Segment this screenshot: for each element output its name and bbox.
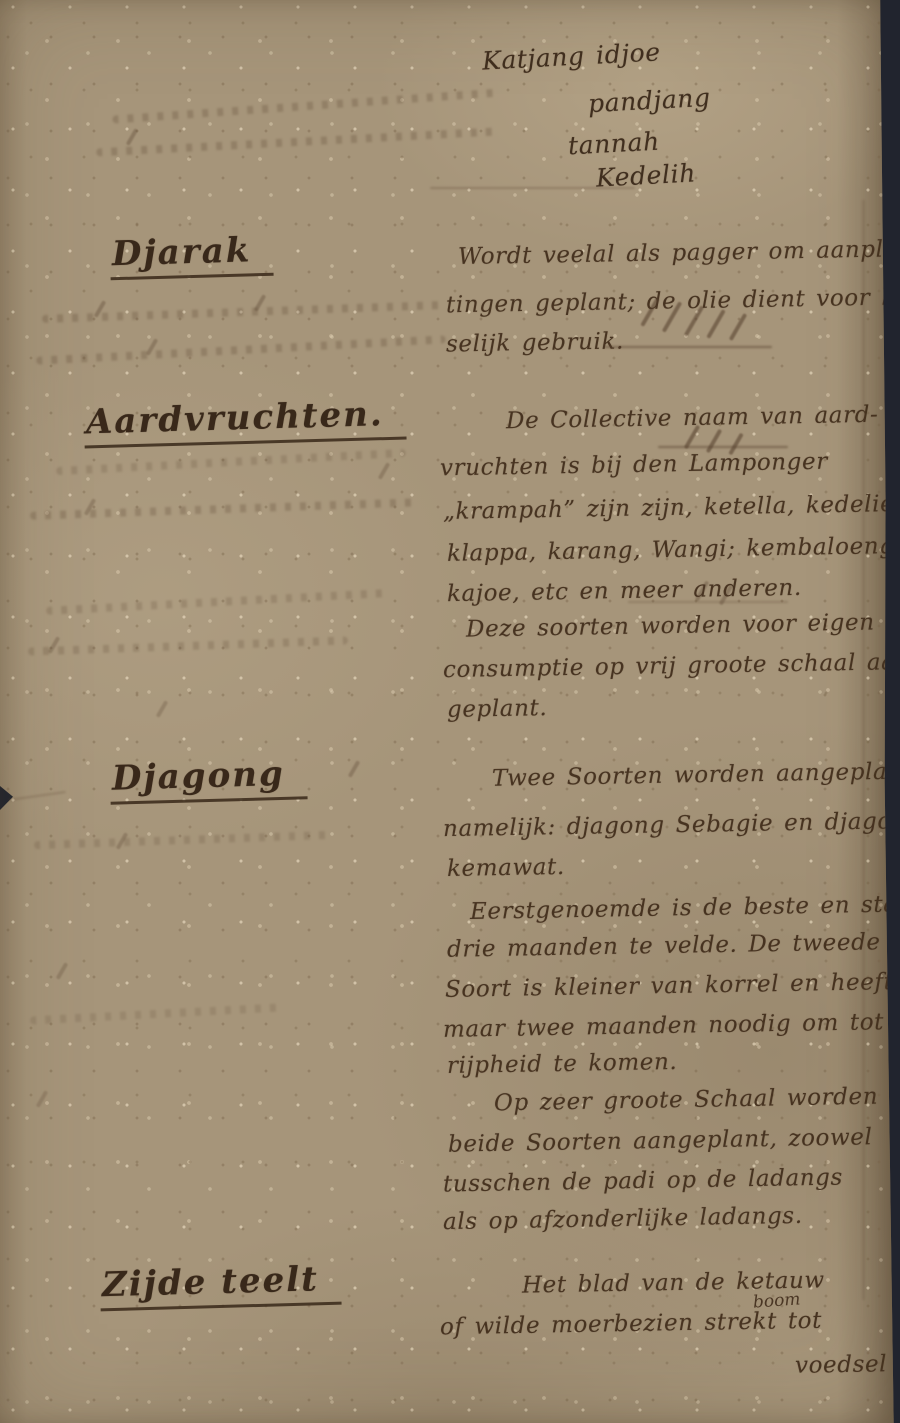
paper-fold-shadow (862, 200, 865, 1300)
ink-smudge-line (430, 187, 635, 189)
handwriting-line: Op zeer groote Schaal worden (494, 1084, 879, 1117)
section-heading-zijde-teelt: Zijde teelt (99, 1259, 341, 1312)
handwriting-line: namelijk: djagong Sebagie en djagong (443, 808, 900, 842)
handwriting-line: „krampah” zijn zijn, ketella, kedelie (443, 491, 895, 525)
bleedthrough-mark (36, 335, 446, 364)
handwriting-line: Soort is kleiner van korrel en heeft (445, 969, 894, 1003)
handwriting-line: voedsel (795, 1351, 888, 1379)
manuscript-scan: Katjang idjoe pandjang tannah Kedelih Dj… (0, 0, 900, 1423)
bleedthrough-mark (56, 962, 68, 980)
handwriting-line: rijpheid te komen. (447, 1049, 678, 1079)
section-heading-aardvruchten: Aardvruchten. (83, 394, 406, 449)
handwriting-line: of wilde moerbezien strekt tot (440, 1308, 822, 1341)
title-line: tannah (567, 127, 660, 161)
bleedthrough-mark (56, 449, 406, 475)
ink-smudge-line (604, 346, 772, 348)
section-heading-djarak: Djarak (109, 230, 274, 281)
bleedthrough-mark (96, 128, 496, 157)
handwriting-line: beide Soorten aangeplant, zoowel (448, 1124, 873, 1157)
ink-smudge-line (628, 601, 788, 603)
handwriting-line: vruchten is bij den Lamponger (440, 449, 828, 482)
ink-smudge-line (658, 446, 788, 448)
title-line: pandjang (587, 83, 711, 118)
handwriting-line: tusschen de padi op de ladangs (443, 1165, 843, 1198)
bleedthrough-mark (112, 88, 502, 123)
handwriting-line: Wordt veelal als pagger om aanplan- (458, 236, 900, 270)
section-heading-djagong: Djagong (109, 753, 307, 804)
handwriting-line: drie maanden te velde. De tweede (447, 929, 881, 963)
handwriting-line: maar twee maanden noodig om tot (443, 1009, 884, 1043)
handwriting-line: Eerstgenoemde is de beste en staat (470, 891, 900, 925)
handwriting-line: klappa, karang, Wangi; kembaloeng (447, 533, 895, 567)
title-line: Katjang idjoe (481, 37, 661, 75)
handwriting-line: als op afzonderlijke ladangs. (443, 1203, 803, 1235)
bleedthrough-mark (348, 760, 360, 778)
handwriting-line: selijk gebruik. (446, 328, 624, 357)
paper-sheet: Katjang idjoe pandjang tannah Kedelih Dj… (0, 0, 900, 1423)
handwriting-line: kemawat. (447, 854, 565, 882)
paper-crease (8, 791, 66, 801)
bleedthrough-mark (30, 1003, 280, 1024)
handwriting-line: consumptie op vrij groote schaal aan- (443, 649, 900, 683)
bleedthrough-mark (36, 1090, 48, 1108)
handwriting-line: Twee Soorten worden aangeplant, (492, 758, 900, 791)
interlinear-insertion: boom (752, 1289, 801, 1312)
bleedthrough-mark (46, 589, 386, 615)
bleedthrough-mark (126, 128, 138, 146)
bleedthrough-mark (378, 462, 390, 480)
handwriting-line: De Collective naam van aard- (506, 402, 879, 434)
bleedthrough-mark (34, 831, 334, 849)
bleedthrough-mark (156, 700, 168, 718)
ink-smudge (729, 313, 747, 341)
bleedthrough-mark (28, 636, 348, 655)
handwriting-line: geplant. (447, 695, 548, 723)
handwriting-line: Deze soorten worden voor eigen (466, 609, 875, 642)
